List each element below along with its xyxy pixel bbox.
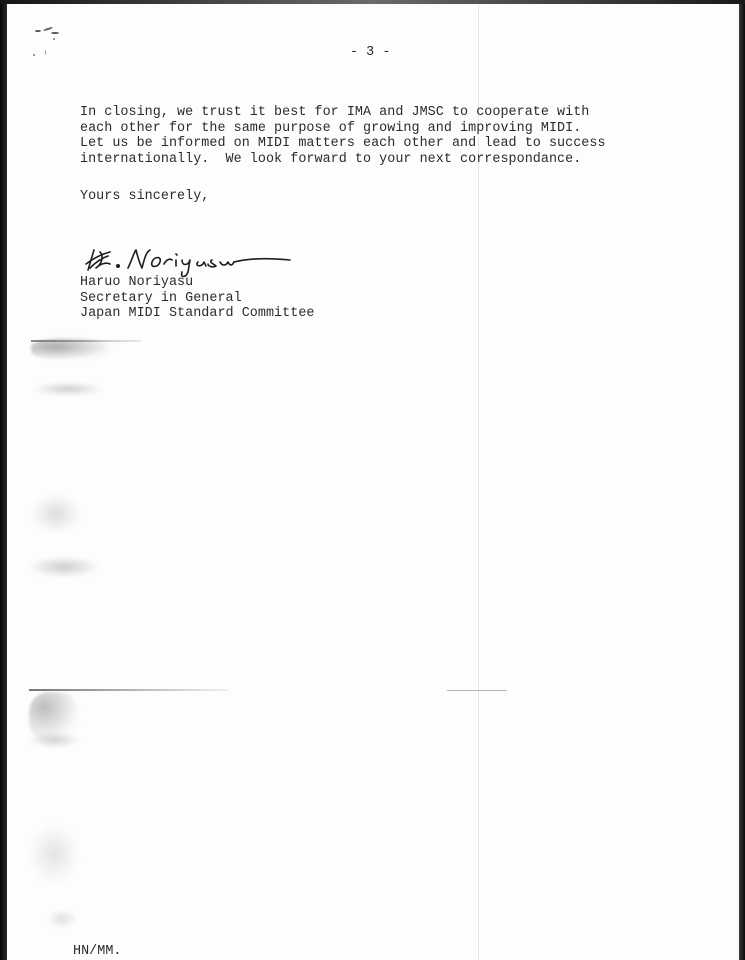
- signature-block: Haruo NoriyasuSecretary in GeneralJapan …: [80, 275, 315, 322]
- body-line: internationally. We look forward to your…: [80, 152, 606, 168]
- speck: [33, 54, 35, 56]
- page-number: - 3 -: [350, 45, 390, 61]
- speck: [35, 30, 41, 32]
- streak: [31, 340, 141, 342]
- smudge: [31, 494, 81, 534]
- speck: [45, 50, 46, 55]
- body-line: Let us be informed on MIDI matters each …: [80, 136, 606, 152]
- smudge: [29, 556, 99, 578]
- smudge: [33, 382, 103, 396]
- body-line: each other for the same purpose of growi…: [80, 121, 606, 137]
- letter-page: - 3 - In closing, we trust it best for I…: [7, 4, 739, 960]
- speck: [53, 38, 55, 40]
- smudge: [29, 824, 79, 884]
- streak: [29, 689, 229, 691]
- closing-salutation: Yours sincerely,: [80, 189, 209, 205]
- body-line: In closing, we trust it best for IMA and…: [80, 105, 606, 121]
- smudge: [29, 732, 79, 748]
- signatory-organization: Japan MIDI Standard Committee: [80, 306, 315, 322]
- reference-initials: HN/MM.: [73, 944, 122, 960]
- scan-left-edge: [0, 0, 7, 960]
- handwritten-signature: H. Noriyasu: [80, 240, 295, 280]
- scan-right-edge: [739, 0, 745, 960]
- speck: [51, 32, 59, 34]
- speck: [43, 27, 53, 32]
- streak: [447, 690, 507, 691]
- signatory-title: Secretary in General: [80, 291, 315, 307]
- signatory-name: Haruo Noriyasu: [80, 275, 315, 291]
- smudge: [47, 909, 77, 929]
- body-paragraph: In closing, we trust it best for IMA and…: [80, 105, 606, 167]
